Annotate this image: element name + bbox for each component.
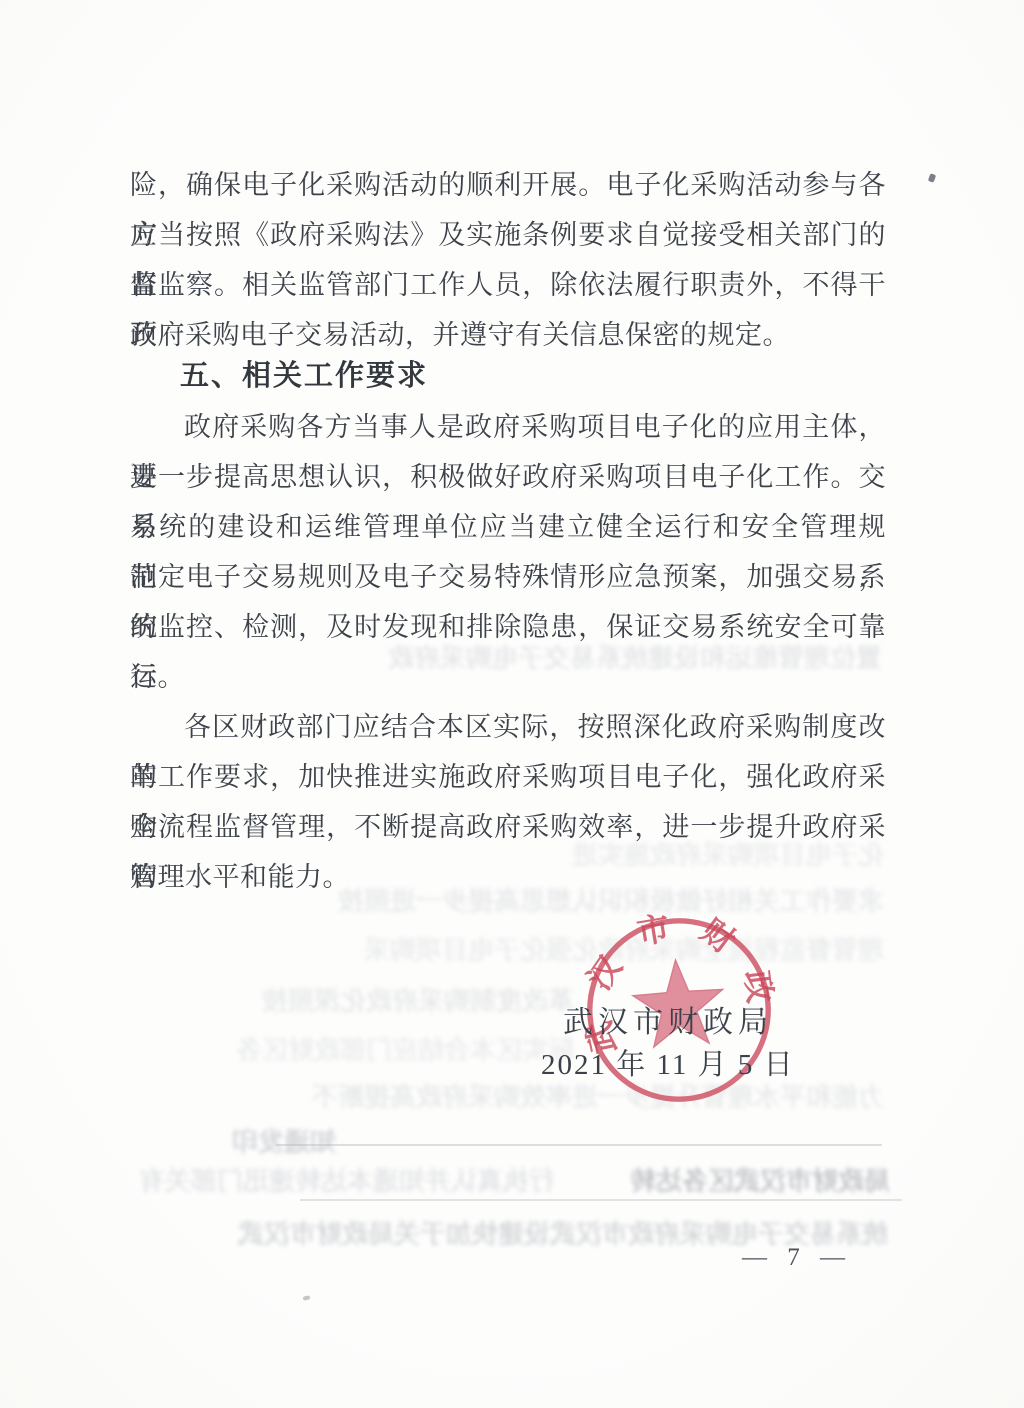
body-line: 行。 <box>130 652 886 702</box>
paragraph-1: 险，确保电子化采购活动的顺利开展。电子化采购活动参与各方 应当按照《政府采购法》… <box>130 160 886 360</box>
paragraph-3: 各区财政部门应结合本区实际，按照深化政府采购制度改革 的工作要求，加快推进实施政… <box>130 702 886 902</box>
body-line: 应当按照《政府采购法》及实施条例要求自觉接受相关部门的监 <box>130 210 886 260</box>
body-line: 系统的建设和运维管理单位应当建立健全运行和安全管理规范， <box>130 502 886 552</box>
bleed-through-row: 行执真认并知通本达转速迅门部关有 <box>140 1164 555 1198</box>
paragraph-2: 政府采购各方当事人是政府采购项目电子化的应用主体，要 进一步提高思想认识，积极做… <box>130 402 886 702</box>
bleed-through-row: 局政财市汉武区各达转 <box>560 1164 890 1198</box>
body-line: 全流程监督管理，不断提高政府采购效率，进一步提升政府采购 <box>130 802 886 852</box>
scanned-document-page: 置位理管维运和设建统系易交子电购采府政 化子电目项购采府政施实进 求要作工关相好… <box>0 0 1024 1408</box>
bleed-through-row: 革改度制购采府政化深照按 <box>134 984 574 1018</box>
body-line: 的监控、检测，及时发现和排除隐患，保证交易系统安全可靠运 <box>130 602 886 652</box>
section-heading-block: 五、相关工作要求 <box>130 352 886 400</box>
bleed-through-row: 知通发印 <box>178 1125 336 1159</box>
bleed-through-underline <box>276 1144 882 1146</box>
bleed-through-underline <box>300 1199 902 1201</box>
body-line: 各区财政部门应结合本区实际，按照深化政府采购制度改革 <box>130 702 886 752</box>
section-heading: 五、相关工作要求 <box>130 352 886 400</box>
body-line: 督监察。相关监管部门工作人员，除依法履行职责外，不得干预 <box>130 260 886 310</box>
body-line: 制定电子交易规则及电子交易特殊情形应急预案，加强交易系统 <box>130 552 886 602</box>
issue-date: 2021 年 11 月 5 日 <box>541 1042 801 1083</box>
issuer-signature: 武汉市财政局 <box>563 997 823 1041</box>
body-line: 的工作要求，加快推进实施政府采购项目电子化，强化政府采购 <box>130 752 886 802</box>
page-number: — 7 — <box>742 1244 852 1272</box>
scan-speck <box>303 1295 311 1300</box>
body-line: 管理水平和能力。 <box>130 852 886 902</box>
body-line: 进一步提高思想认识，积极做好政府采购项目电子化工作。交易 <box>130 452 886 502</box>
scan-speck <box>928 173 936 183</box>
bleed-through-row: 际实区本合结应门部政财区各 <box>134 1033 574 1067</box>
body-line: 政府采购各方当事人是政府采购项目电子化的应用主体，要 <box>130 402 886 452</box>
body-line: 险，确保电子化采购活动的顺利开展。电子化采购活动参与各方 <box>130 160 886 210</box>
